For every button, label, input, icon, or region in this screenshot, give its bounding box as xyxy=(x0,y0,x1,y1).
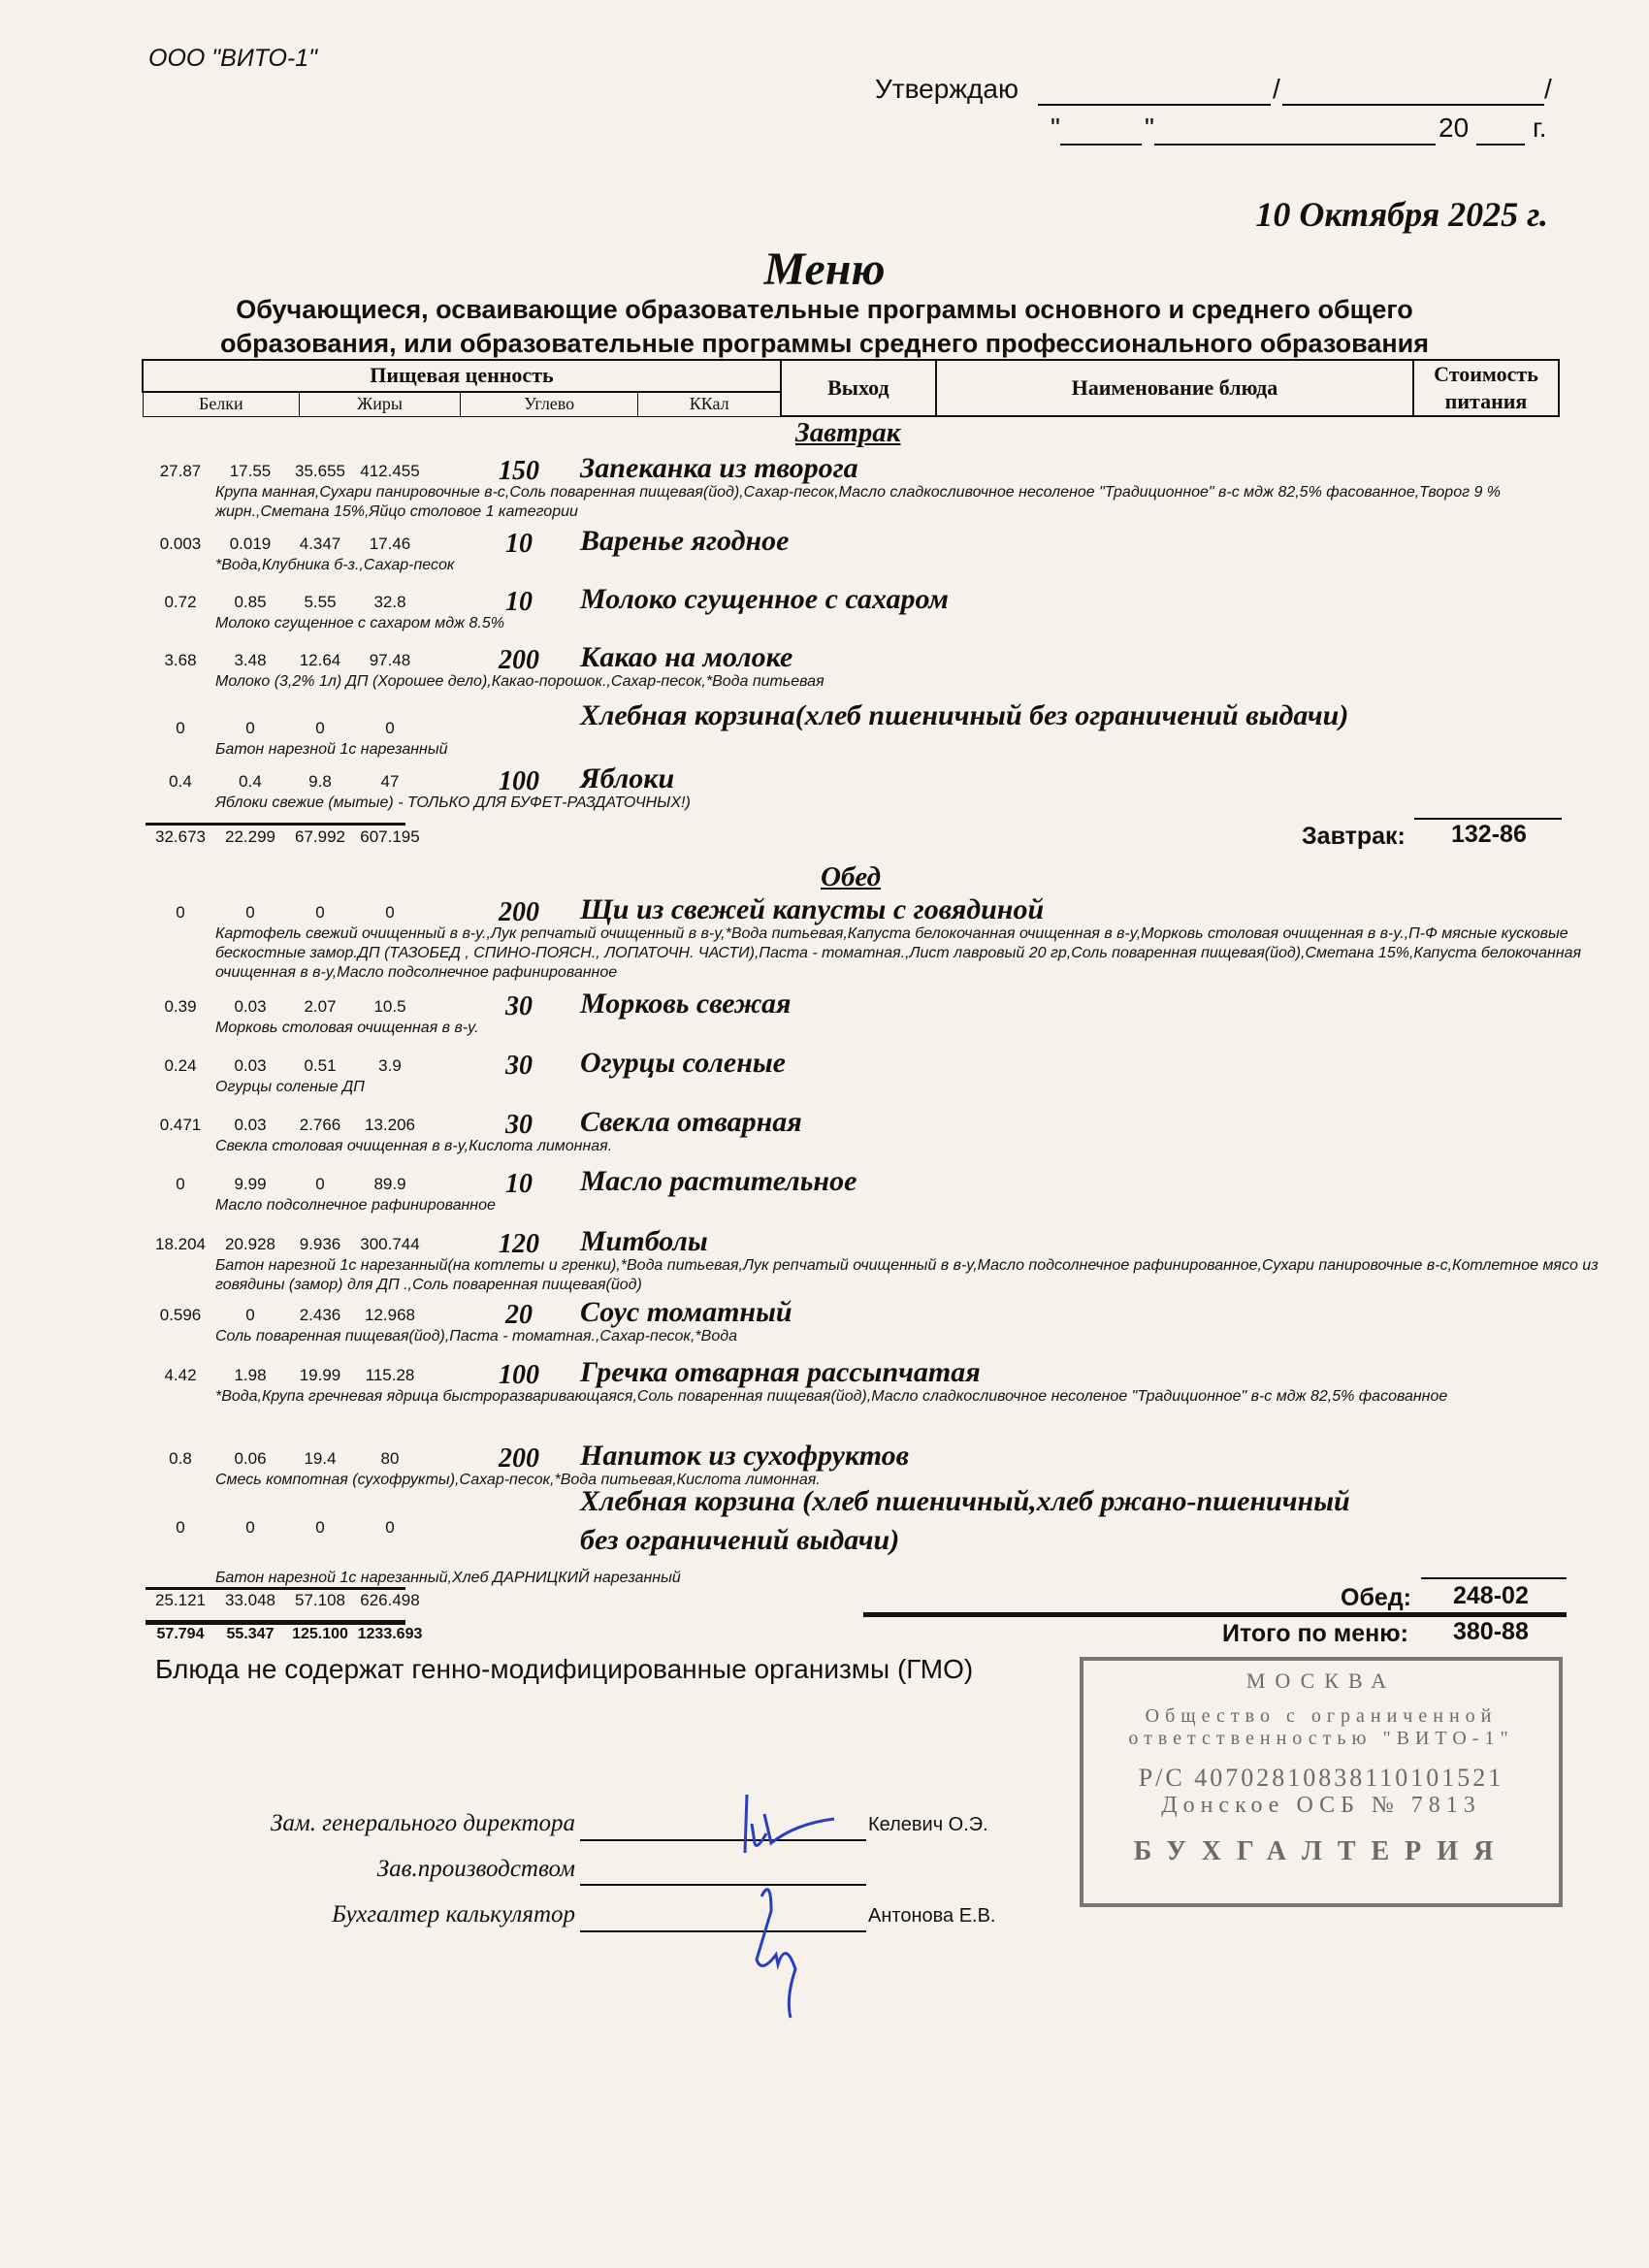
signature-name-deputy-director: Келевич О.Э. xyxy=(868,1814,988,1836)
kcal-value: 3.9 xyxy=(355,1056,425,1076)
kcal-value: 300.744 xyxy=(355,1235,425,1254)
ingredients: Молоко сгущенное с сахаром мдж 8.5% xyxy=(215,614,1612,633)
proteins-value: 0 xyxy=(145,1518,215,1538)
dish-name: Свекла отварная xyxy=(580,1106,802,1139)
carbs-value: 9.936 xyxy=(285,1235,355,1254)
carbs-value: 19.4 xyxy=(285,1449,355,1469)
subtitle-line-1: Обучающиеся, осваивающие образовательные… xyxy=(175,293,1474,327)
ingredients: Масло подсолнечное рафинированное xyxy=(215,1196,1612,1215)
kcal-value: 0 xyxy=(355,903,425,923)
lunch-cost-label: Обед: xyxy=(1341,1584,1411,1612)
grand-total-kcal: 1233.693 xyxy=(355,1626,425,1643)
total-kcal: 626.498 xyxy=(355,1591,425,1610)
dish-name: Хлебная корзина (хлеб пшеничный,хлеб ржа… xyxy=(580,1485,1350,1518)
signature-role-accountant: Бухгалтер калькулятор xyxy=(245,1901,575,1928)
carbs-value: 19.99 xyxy=(285,1366,355,1385)
total-proteins: 32.673 xyxy=(145,827,215,847)
grand-totals: 57.79455.347125.1001233.693 xyxy=(145,1626,425,1643)
stamp-line-2: ответственностью "ВИТО-1" xyxy=(1083,1728,1559,1750)
proteins-value: 0.39 xyxy=(145,997,215,1017)
fats-value: 0 xyxy=(215,719,285,738)
proteins-value: 0 xyxy=(145,1175,215,1194)
fats-value: 0.85 xyxy=(215,593,285,612)
breakfast-totals-rule xyxy=(145,823,405,826)
approve-year-line xyxy=(1476,144,1525,146)
carbs-value: 12.64 xyxy=(285,651,355,670)
dish-name: Масло растительное xyxy=(580,1165,857,1198)
fats-value: 0.06 xyxy=(215,1449,285,1469)
stamp-line-1: Общество с ограниченной xyxy=(1083,1705,1559,1728)
carbs-value: 2.07 xyxy=(285,997,355,1017)
dish-name: Напиток из сухофруктов xyxy=(580,1440,909,1473)
proteins-value: 18.204 xyxy=(145,1235,215,1254)
carbs-value: 0 xyxy=(285,1175,355,1194)
kcal-value: 10.5 xyxy=(355,997,425,1017)
ingredients: Соль поваренная пищевая(йод),Паста - том… xyxy=(215,1327,1612,1346)
approve-name-line xyxy=(1282,104,1544,106)
slash: / xyxy=(1273,74,1280,105)
stamp-bank: Донское ОСБ № 7813 xyxy=(1083,1793,1559,1819)
breakfast-cost-label: Завтрак: xyxy=(1302,823,1406,851)
fats-value: 17.55 xyxy=(215,462,285,481)
kcal-value: 89.9 xyxy=(355,1175,425,1194)
breakfast-cost-value: 132-86 xyxy=(1451,821,1527,849)
total-fats: 22.299 xyxy=(215,827,285,847)
proteins-value: 0.596 xyxy=(145,1306,215,1325)
proteins-value: 27.87 xyxy=(145,462,215,481)
grand-total-rule-left xyxy=(145,1620,405,1625)
approve-year-prefix: 20 xyxy=(1439,113,1469,144)
lunch-cost-rule xyxy=(1421,1577,1567,1579)
proteins-header: Белки xyxy=(143,392,300,416)
dish-name: Какао на молоке xyxy=(580,641,792,674)
approve-label: Утверждаю xyxy=(875,74,1018,104)
lunch-cost-value: 248-02 xyxy=(1453,1582,1529,1610)
dish-name: Варенье ягодное xyxy=(580,525,790,558)
ingredients: Яблоки свежие (мытые) - ТОЛЬКО ДЛЯ БУФЕТ… xyxy=(215,794,1612,813)
total-proteins: 25.121 xyxy=(145,1591,215,1610)
proteins-value: 0 xyxy=(145,719,215,738)
signature-role-production-head: Зав.производством xyxy=(245,1856,575,1883)
total-kcal: 607.195 xyxy=(355,827,425,847)
dish-name: Морковь свежая xyxy=(580,988,791,1021)
grand-total-carbs: 125.100 xyxy=(285,1626,355,1643)
approve-date-quote-open: " xyxy=(1051,113,1060,144)
ingredients: Батон нарезной 1с нарезанный xyxy=(215,740,1612,760)
ingredients: Крупа манная,Сухари панировочные в-с,Сол… xyxy=(215,483,1612,522)
nutrition-header: Пищевая ценность xyxy=(143,360,781,392)
fats-value: 9.99 xyxy=(215,1175,285,1194)
carbs-value: 0.51 xyxy=(285,1056,355,1076)
kcal-value: 0 xyxy=(355,719,425,738)
ingredients: *Вода,Крупа гречневая ядрица быстроразва… xyxy=(215,1387,1612,1407)
dish-name: Митболы xyxy=(580,1225,708,1258)
kcal-header: ККал xyxy=(638,392,781,416)
dish-name: Запеканка из творога xyxy=(580,452,858,485)
fats-value: 20.928 xyxy=(215,1235,285,1254)
menu-date: 10 Октября 2025 г. xyxy=(1255,194,1548,235)
proteins-value: 0.72 xyxy=(145,593,215,612)
dish-name-continued: без ограничений выдачи) xyxy=(580,1524,899,1557)
fats-value: 0 xyxy=(215,1306,285,1325)
kcal-value: 412.455 xyxy=(355,462,425,481)
proteins-value: 4.42 xyxy=(145,1366,215,1385)
kcal-value: 17.46 xyxy=(355,535,425,554)
cost-header-line-1: Стоимость xyxy=(1414,361,1558,388)
grand-total-fats: 55.347 xyxy=(215,1626,285,1643)
fats-value: 0 xyxy=(215,1518,285,1538)
kcal-value: 80 xyxy=(355,1449,425,1469)
carbs-value: 0 xyxy=(285,903,355,923)
page-title: Меню xyxy=(0,243,1649,296)
menu-table-header: Пищевая ценность Выход Наименование блюд… xyxy=(142,359,1560,417)
approve-signature-line xyxy=(1038,104,1271,106)
carbs-header: Углево xyxy=(460,392,637,416)
dish-name: Соус томатный xyxy=(580,1296,792,1329)
approve-date-quote-close: " xyxy=(1145,113,1154,144)
breakfast-cost-rule xyxy=(1414,818,1562,820)
kcal-value: 0 xyxy=(355,1518,425,1538)
ingredients: Молоко (3,2% 1л) ДП (Хорошее дело),Какао… xyxy=(215,672,1612,692)
fats-header: Жиры xyxy=(300,392,461,416)
handwritten-signatures-icon xyxy=(718,1775,873,2027)
carbs-value: 0 xyxy=(285,719,355,738)
dish-name: Яблоки xyxy=(580,762,674,795)
fats-value: 0.03 xyxy=(215,997,285,1017)
stamp-department: БУХГАЛТЕРИЯ xyxy=(1083,1836,1559,1867)
kcal-value: 32.8 xyxy=(355,593,425,612)
proteins-value: 0.8 xyxy=(145,1449,215,1469)
fats-value: 0.4 xyxy=(215,772,285,792)
dish-name: Огурцы соленые xyxy=(580,1047,786,1080)
kcal-value: 13.206 xyxy=(355,1116,425,1135)
proteins-value: 0.4 xyxy=(145,772,215,792)
approve-day-line xyxy=(1060,144,1142,146)
dish-name: Щи из свежей капусты с говядиной xyxy=(580,893,1044,926)
organization-name: ООО "ВИТО-1" xyxy=(148,45,317,73)
carbs-value: 9.8 xyxy=(285,772,355,792)
kcal-value: 97.48 xyxy=(355,651,425,670)
grand-total-proteins: 57.794 xyxy=(145,1626,215,1643)
cost-header: Стоимость питания xyxy=(1413,360,1559,416)
carbs-value: 5.55 xyxy=(285,593,355,612)
ingredients: Морковь столовая очищенная в в-у. xyxy=(215,1019,1612,1038)
section-lunch-title: Обед xyxy=(821,861,881,893)
dish-name-header: Наименование блюда xyxy=(936,360,1413,416)
total-fats: 33.048 xyxy=(215,1591,285,1610)
fats-value: 1.98 xyxy=(215,1366,285,1385)
fats-value: 3.48 xyxy=(215,651,285,670)
subtitle-line-2: образования, или образовательные програм… xyxy=(175,327,1474,361)
ingredients: *Вода,Клубника б-з.,Сахар-песок xyxy=(215,556,1612,575)
approve-year-suffix: г. xyxy=(1533,113,1547,144)
menu-subtitle: Обучающиеся, осваивающие образовательные… xyxy=(175,293,1474,361)
proteins-value: 3.68 xyxy=(145,651,215,670)
total-carbs: 67.992 xyxy=(285,827,355,847)
fats-value: 0.03 xyxy=(215,1116,285,1135)
fats-value: 0 xyxy=(215,903,285,923)
total-carbs: 57.108 xyxy=(285,1591,355,1610)
ingredients: Свекла столовая очищенная в в-у,Кислота … xyxy=(215,1137,1612,1156)
approve-month-line xyxy=(1154,144,1436,146)
proteins-value: 0.471 xyxy=(145,1116,215,1135)
ingredients: Батон нарезной 1с нарезанный(на котлеты … xyxy=(215,1256,1612,1295)
carbs-value: 2.436 xyxy=(285,1306,355,1325)
fats-value: 0.019 xyxy=(215,535,285,554)
carbs-value: 2.766 xyxy=(285,1116,355,1135)
kcal-value: 12.968 xyxy=(355,1306,425,1325)
proteins-value: 0.24 xyxy=(145,1056,215,1076)
stamp-city: МОСКВА xyxy=(1083,1669,1559,1694)
grand-total-cost: 380-88 xyxy=(1453,1618,1529,1646)
signature-name-accountant: Антонова Е.В. xyxy=(868,1905,995,1928)
carbs-value: 35.655 xyxy=(285,462,355,481)
dish-name: Гречка отварная рассыпчатая xyxy=(580,1356,981,1389)
carbs-value: 0 xyxy=(285,1518,355,1538)
approval-block: Утверждаю xyxy=(875,74,1018,105)
yield-header: Выход xyxy=(781,360,936,416)
fats-value: 0.03 xyxy=(215,1056,285,1076)
slash: / xyxy=(1544,74,1552,105)
ingredients: Огурцы соленые ДП xyxy=(215,1078,1612,1097)
proteins-value: 0.003 xyxy=(145,535,215,554)
lunch-totals: 25.12133.04857.108626.498 xyxy=(145,1591,425,1610)
gmo-note: Блюда не содержат генно-модифицированные… xyxy=(155,1654,973,1685)
kcal-value: 47 xyxy=(355,772,425,792)
proteins-value: 0 xyxy=(145,903,215,923)
grand-total-rule-right xyxy=(863,1612,1567,1617)
kcal-value: 115.28 xyxy=(355,1366,425,1385)
lunch-totals-rule xyxy=(145,1587,405,1590)
breakfast-totals: 32.67322.29967.992607.195 xyxy=(145,827,425,847)
company-stamp: МОСКВА Общество с ограниченной ответстве… xyxy=(1080,1657,1563,1907)
stamp-account: Р/С 40702810838110101521 xyxy=(1083,1764,1559,1793)
carbs-value: 4.347 xyxy=(285,535,355,554)
signature-role-deputy-director: Зам. генерального директора xyxy=(245,1810,575,1837)
ingredients: Картофель свежий очищенный в в-у.,Лук ре… xyxy=(215,924,1612,983)
dish-name: Молоко сгущенное с сахаром xyxy=(580,583,949,616)
section-breakfast-title: Завтрак xyxy=(795,417,900,449)
cost-header-line-2: питания xyxy=(1414,388,1558,415)
grand-total-label: Итого по меню: xyxy=(1222,1620,1408,1648)
dish-name: Хлебная корзина(хлеб пшеничный без огран… xyxy=(580,699,1348,732)
